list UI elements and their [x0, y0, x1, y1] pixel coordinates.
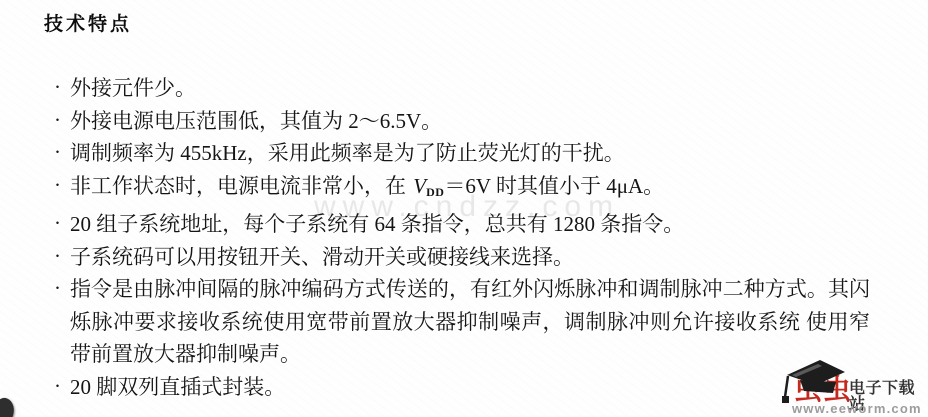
feature-text: 子系统码可以用按钮开关、滑动开关或硬接线来选择。	[70, 245, 574, 269]
feature-item-3: · 调制频率为 455kHz，采用此频率是为了防止荧光灯的干扰。	[70, 137, 870, 170]
bullet-dot: ·	[54, 104, 61, 137]
voltage-subscript: DD	[426, 185, 444, 199]
feature-list: · 外接元件少。 · 外接电源电压范围低，其值为 2～6.5V。 · 调制频率为…	[70, 72, 870, 403]
graduation-cap-icon	[782, 353, 848, 405]
feature-text-pre: 非工作状态时，电源电流非常小，在	[70, 174, 411, 198]
feature-item-6: · 子系统码可以用按钮开关、滑动开关或硬接线来选择。	[70, 241, 870, 274]
site-logo: 虫虫 电子下载站 www.eeworm.com	[782, 350, 928, 417]
feature-item-1: · 外接元件少。	[70, 72, 870, 105]
feature-text: 20 脚双列直插式封装。	[70, 375, 285, 399]
feature-item-8: · 20 脚双列直插式封装。	[70, 371, 870, 404]
bullet-dot: ·	[54, 370, 61, 403]
page-title: 技术特点	[44, 9, 132, 36]
bullet-dot: ·	[54, 240, 61, 273]
feature-item-2: · 外接电源电压范围低，其值为 2～6.5V。	[70, 105, 870, 138]
feature-text: 外接元件少。	[70, 76, 196, 100]
cap-crown	[800, 380, 836, 393]
feature-text: 指令是由脉冲间隔的脉冲编码方式传送的，有红外闪烁脉冲和调制脉冲二种方式。其闪烁脉…	[70, 277, 870, 366]
bullet-dot: ·	[54, 71, 61, 104]
feature-text: 调制频率为 455kHz，采用此频率是为了防止荧光灯的干扰。	[70, 141, 625, 165]
bullet-dot: ·	[54, 207, 61, 240]
document-page: www.cndzz.com 技术特点 · 外接元件少。 · 外接电源电压范围低，…	[0, 0, 928, 417]
cap-tassel-tip	[782, 396, 789, 403]
feature-item-5: · 20 组子系统地址，每个子系统有 64 条指令，总共有 1280 条指令。	[70, 208, 870, 241]
scan-artifact	[0, 396, 16, 417]
bullet-dot: ·	[54, 136, 61, 169]
feature-item-4: · 非工作状态时，电源电流非常小，在 VDD＝6V 时其值小于 4μA。	[70, 170, 870, 209]
feature-text: 20 组子系统地址，每个子系统有 64 条指令，总共有 1280 条指令。	[70, 212, 684, 236]
bullet-dot: ·	[54, 169, 61, 202]
bullet-dot: ·	[54, 272, 61, 305]
cap-tassel	[785, 376, 788, 397]
voltage-symbol: V	[411, 174, 426, 198]
feature-text: 外接电源电压范围低，其值为 2～6.5V。	[70, 109, 442, 133]
feature-item-7: · 指令是由脉冲间隔的脉冲编码方式传送的，有红外闪烁脉冲和调制脉冲二种方式。其闪…	[70, 273, 870, 371]
feature-text-post: ＝6V 时其值小于 4μA。	[444, 174, 664, 198]
